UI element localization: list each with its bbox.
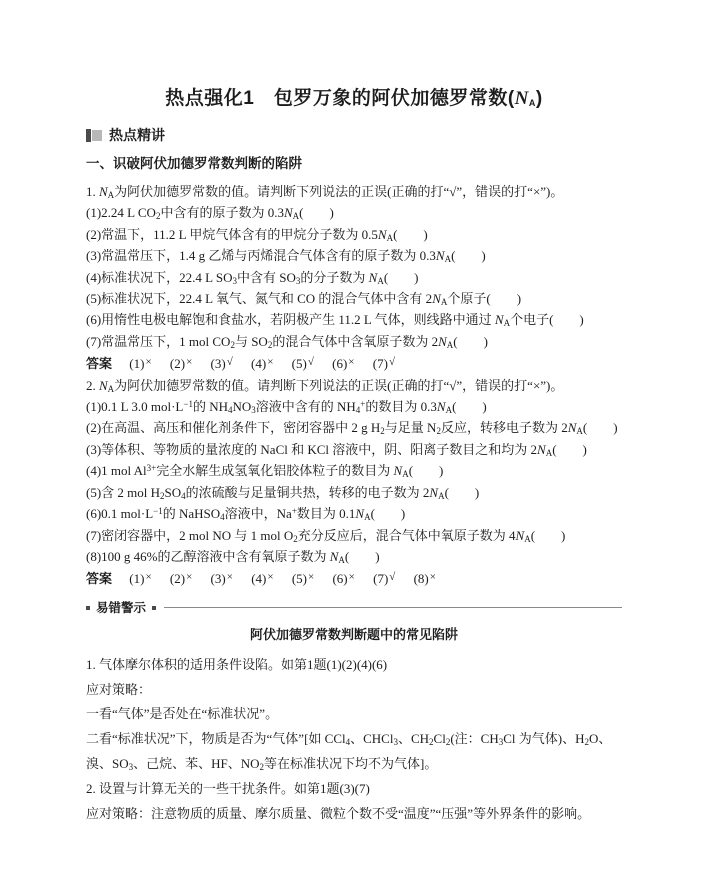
answer-mark: × xyxy=(267,571,273,583)
answer-item: (4)× xyxy=(251,571,273,586)
part-heading: 一、识破阿伏加德罗常数判断的陷阱 xyxy=(86,156,622,172)
answer-mark: × xyxy=(430,571,436,583)
question-item: (5)含 2 mol H2SO4的浓硫酸与足量铜共热，转移的电子数为 2NA( … xyxy=(86,482,622,503)
warning-paragraph: 2. 设置与计算无关的一些干扰条件。如第1题(3)(7) xyxy=(86,777,622,802)
icon-light-square xyxy=(92,130,102,141)
question-item: (1)0.1 L 3.0 mol·L−1的 NH4NO3溶液中含有的 NH4+的… xyxy=(86,396,622,417)
answer-item: (6)× xyxy=(332,356,354,371)
answer-item: (4)× xyxy=(251,356,273,371)
warning-divider: 易错警示 xyxy=(86,601,622,615)
answer-item: (8)× xyxy=(414,571,436,586)
answer-mark: √ xyxy=(308,356,314,368)
question-item: (1)2.24 L CO2中含有的原子数为 0.3NA( ) xyxy=(86,202,622,223)
answer-item: (7)√ xyxy=(373,356,395,371)
question-item: (6)0.1 mol·L−1的 NaHSO4溶液中，Na+数目为 0.1NA( … xyxy=(86,503,622,524)
answer-mark: √ xyxy=(389,571,395,583)
warning-title: 阿伏加德罗常数判断题中的常见陷阱 xyxy=(86,627,622,643)
answer-mark: × xyxy=(145,571,151,583)
content-column: 热点强化1 包罗万象的阿伏加德罗常数(NA) 热点精讲 一、识破阿伏加德罗常数判… xyxy=(86,86,622,826)
question-item: (5)标准状况下，22.4 L 氧气、氮气和 CO 的混合气体中含有 2NA个原… xyxy=(86,288,622,309)
square-bullet-icon xyxy=(152,606,156,610)
answer-item: (5)× xyxy=(292,571,314,586)
answer-mark: × xyxy=(349,571,355,583)
warning-paragraph: 应对策略：注意物质的质量、摩尔质量、微粒个数不受“温度”“压强”等外界条件的影响… xyxy=(86,802,622,827)
divider-rule xyxy=(164,607,622,608)
answer-item: (1)× xyxy=(129,571,151,586)
question-item: (4)1 mol Al3+完全水解生成氢氧化铝胶体粒子的数目为 NA( ) xyxy=(86,460,622,481)
section-label: 热点精讲 xyxy=(109,128,165,143)
question2-answer-row: 答案 (1)× (2)× (3)× (4)× (5)× (6)× (7)√ (8… xyxy=(86,567,622,589)
warning-paragraph: 二看“标准状况”下，物质是否为“气体”[如 CCl4、CHCl3、CH2Cl2(… xyxy=(86,727,622,777)
page-title: 热点强化1 包罗万象的阿伏加德罗常数(NA) xyxy=(86,86,622,112)
section-marker-icon xyxy=(86,129,102,142)
answer-label: 答案 xyxy=(86,356,112,371)
section-header-hot-topics: 热点精讲 xyxy=(86,128,622,143)
question-item: (2)常温下，11.2 L 甲烷气体含有的甲烷分子数为 0.5NA( ) xyxy=(86,224,622,245)
question2-stem: 2. NA为阿伏加德罗常数的值。请判断下列说法的正误(正确的打“√”，错误的打“… xyxy=(86,375,622,396)
question1-answer-row: 答案 (1)× (2)× (3)√ (4)× (5)√ (6)× (7)√ xyxy=(86,352,622,374)
square-bullet-icon xyxy=(86,606,90,610)
answer-mark: × xyxy=(186,356,192,368)
answer-item: (1)× xyxy=(129,356,151,371)
document-page: 热点强化1 包罗万象的阿伏加德罗常数(NA) 热点精讲 一、识破阿伏加德罗常数判… xyxy=(0,0,701,877)
answer-item: (7)√ xyxy=(373,571,395,586)
warning-paragraph: 应对策略： xyxy=(86,678,622,703)
answer-label: 答案 xyxy=(86,571,112,586)
answer-item: (3)× xyxy=(211,571,233,586)
question-item: (3)等体积、等物质的量浓度的 NaCl 和 KCl 溶液中，阴、阳离子数目之和… xyxy=(86,439,622,460)
answer-item: (6)× xyxy=(332,571,354,586)
answer-item: (5)√ xyxy=(292,356,314,371)
answer-mark: √ xyxy=(389,356,395,368)
answer-mark: √ xyxy=(227,356,233,368)
answer-item: (2)× xyxy=(170,356,192,371)
warning-label: 易错警示 xyxy=(96,601,146,615)
answer-mark: × xyxy=(348,356,354,368)
answer-mark: × xyxy=(186,571,192,583)
question-item: (7)密闭容器中，2 mol NO 与 1 mol O2充分反应后，混合气体中氧… xyxy=(86,525,622,546)
question1-stem: 1. NA为阿伏加德罗常数的值。请判断下列说法的正误(正确的打“√”，错误的打“… xyxy=(86,181,622,202)
icon-dark-bar xyxy=(86,129,91,142)
question-item: (4)标准状况下，22.4 L SO3中含有 SO3的分子数为 NA( ) xyxy=(86,267,622,288)
warning-paragraph: 一看“气体”是否处在“标准状况”。 xyxy=(86,702,622,727)
answer-item: (2)× xyxy=(170,571,192,586)
answer-mark: × xyxy=(145,356,151,368)
answer-item: (3)√ xyxy=(211,356,233,371)
question-item: (2)在高温、高压和催化剂条件下，密闭容器中 2 g H2与足量 N2反应，转移… xyxy=(86,417,622,438)
answer-mark: × xyxy=(308,571,314,583)
question-item: (8)100 g 46%的乙醇溶液中含有氧原子数为 NA( ) xyxy=(86,546,622,567)
question-item: (3)常温常压下，1.4 g 乙烯与丙烯混合气体含有的原子数为 0.3NA( ) xyxy=(86,245,622,266)
answer-mark: × xyxy=(227,571,233,583)
question-item: (6)用惰性电极电解饱和食盐水，若阴极产生 11.2 L 气体，则线路中通过 N… xyxy=(86,309,622,330)
answer-mark: × xyxy=(267,356,273,368)
question-item: (7)常温常压下，1 mol CO2与 SO2的混合气体中含氧原子数为 2NA(… xyxy=(86,331,622,352)
warning-paragraph: 1. 气体摩尔体积的适用条件设陷。如第1题(1)(2)(4)(6) xyxy=(86,653,622,678)
